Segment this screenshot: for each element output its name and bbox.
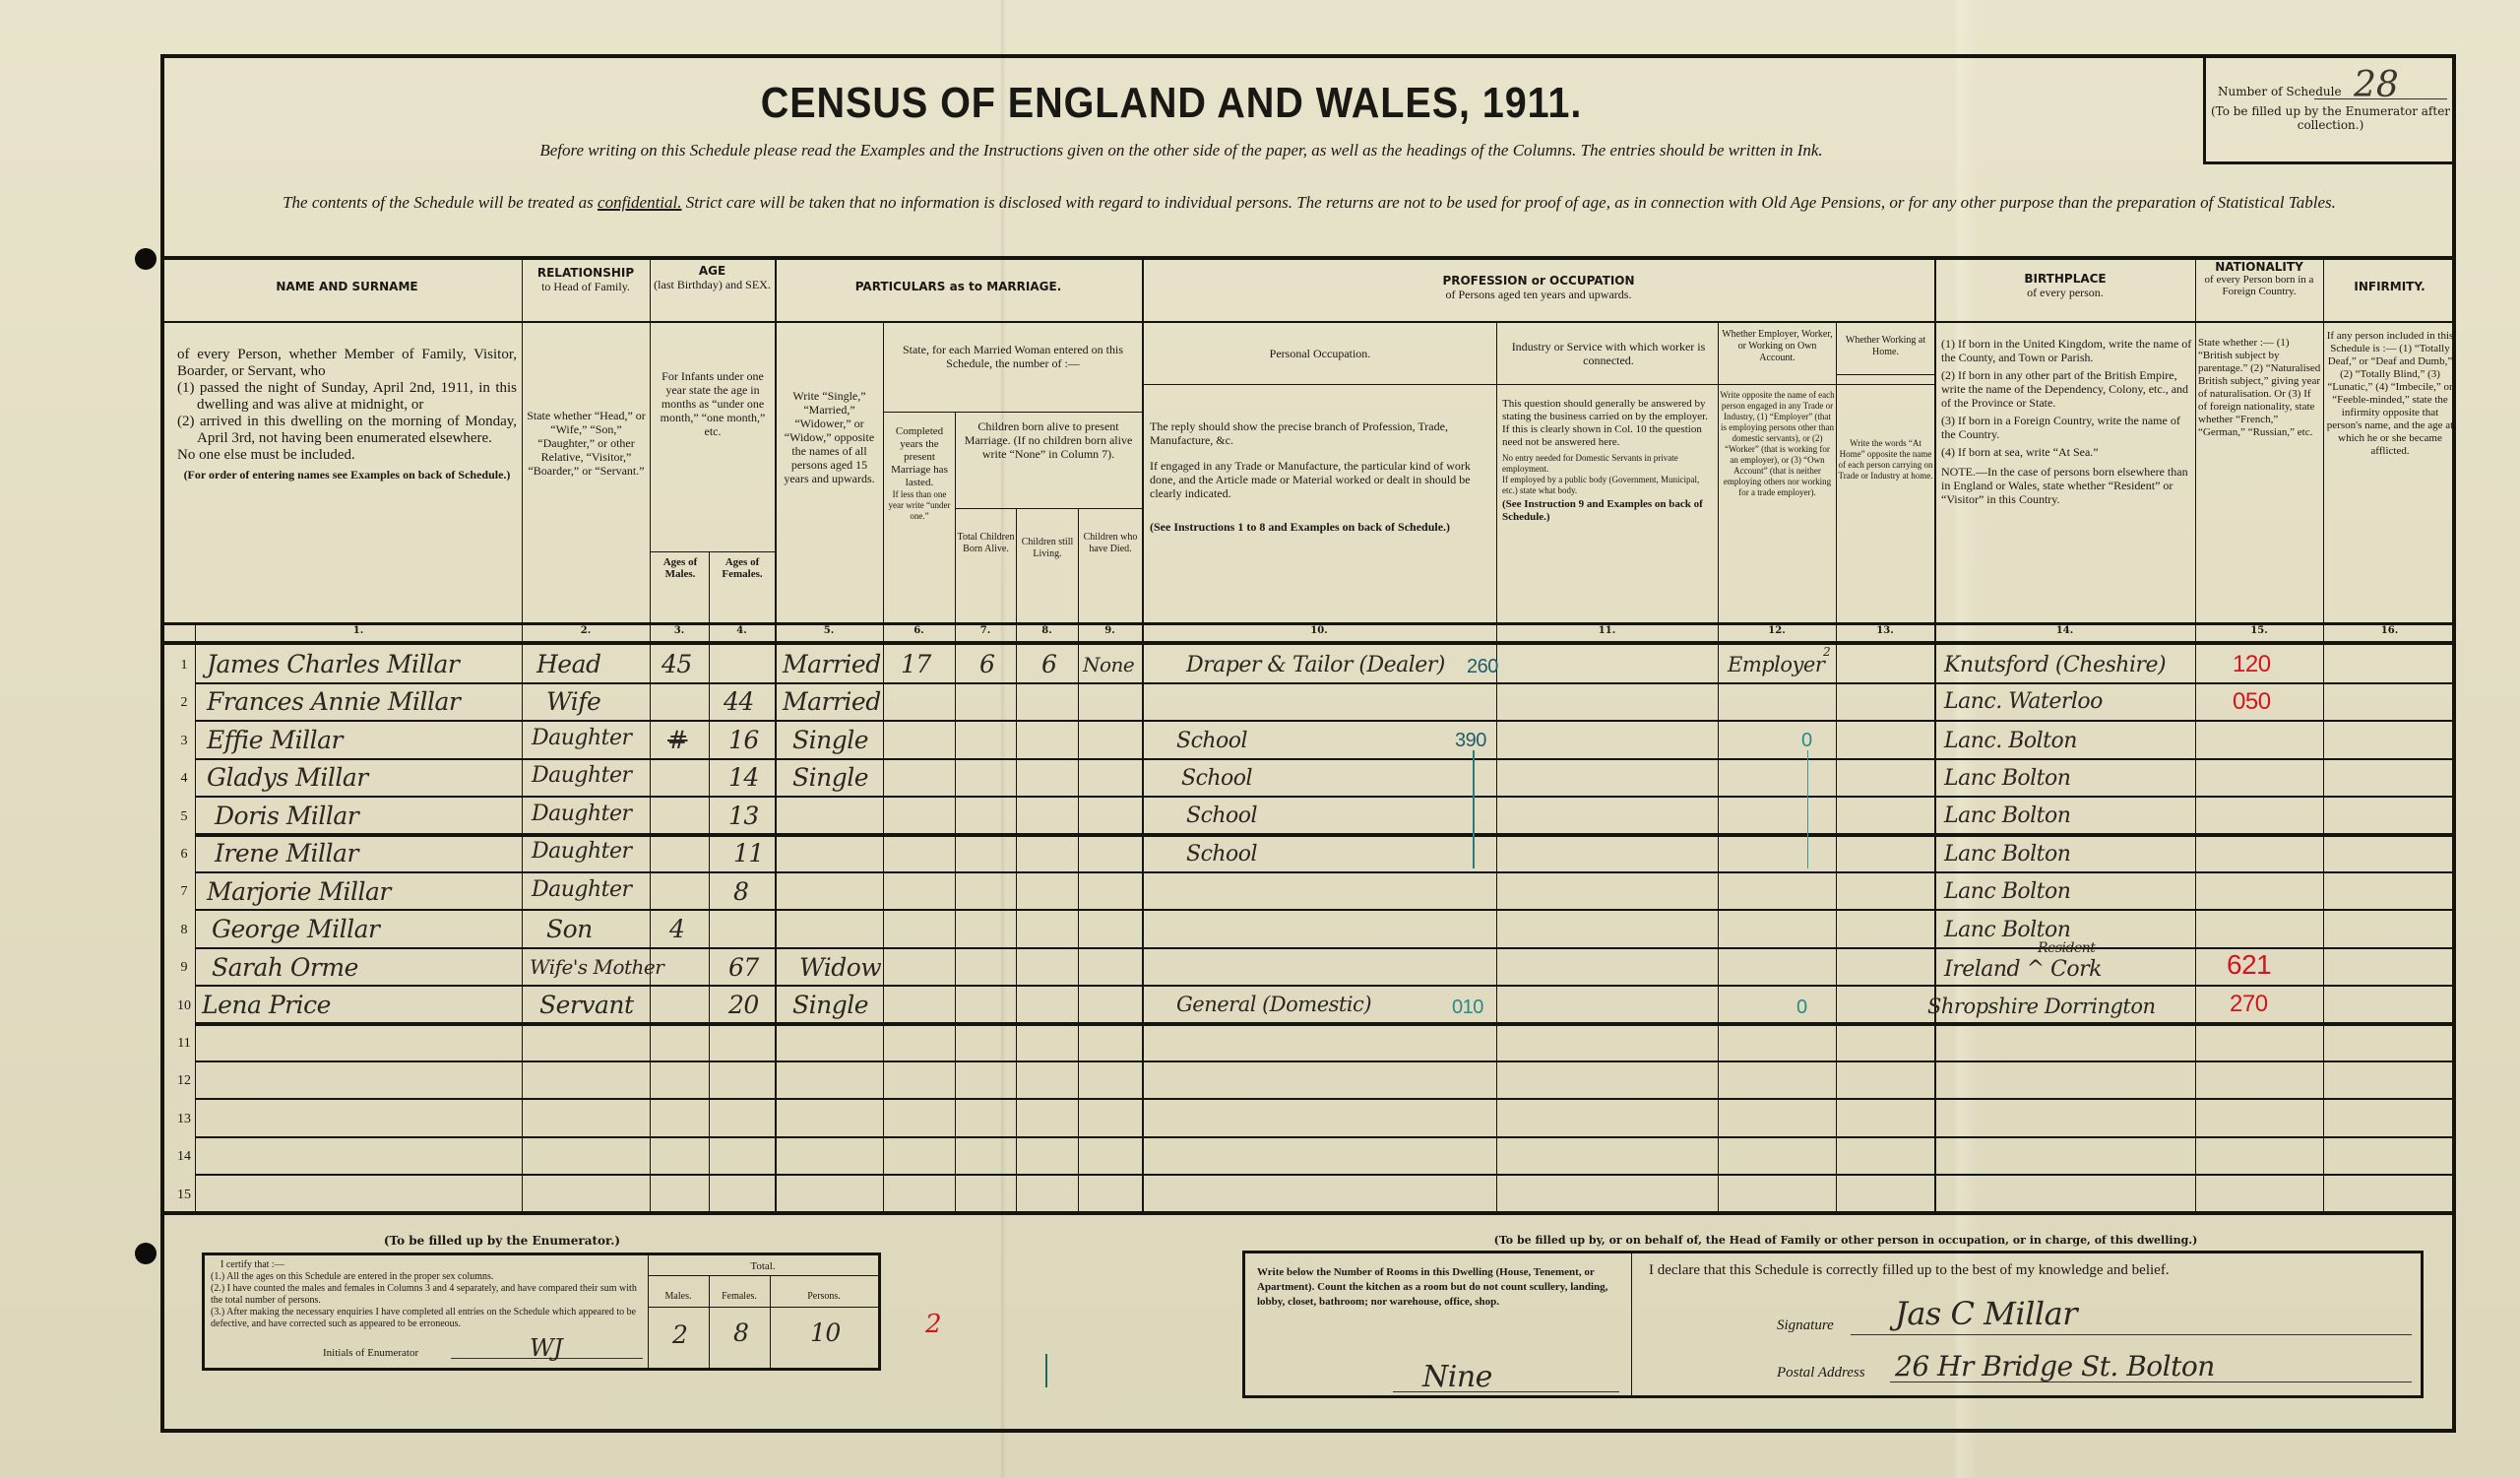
col-divider	[1496, 323, 1497, 1213]
row-number: 10	[175, 998, 193, 1014]
col2-title: RELATIONSHIPto Head of Family.	[522, 266, 650, 293]
punch-hole	[135, 1243, 157, 1264]
persons-label: Persons.	[770, 1289, 878, 1304]
age-male-crossed-cell[interactable]: #	[667, 726, 687, 754]
row-number: 8	[175, 923, 193, 938]
name-cell[interactable]: George Millar	[212, 915, 379, 943]
initials-value[interactable]: WJ	[530, 1334, 562, 1362]
col4-sub: Ages of Females.	[710, 556, 775, 580]
col-number: 12.	[1718, 625, 1836, 643]
relationship-cell[interactable]: Servant	[539, 991, 634, 1019]
confidential-prefix: The contents of the Schedule will be tre…	[283, 193, 598, 212]
age-female-cell[interactable]: 13	[728, 802, 759, 830]
col1-desc-4: (For order of entering names see Example…	[177, 468, 517, 482]
nationality-code: 270	[2230, 991, 2268, 1018]
col11-sub: Industry or Service with which worker is…	[1501, 340, 1716, 367]
page-title: CENSUS OF ENGLAND AND WALES, 1911.	[613, 79, 1730, 128]
occupation-cell[interactable]: School	[1176, 729, 1247, 753]
col3-description: For Infants under one year state the age…	[652, 369, 774, 438]
col2-description: State whether “Head,” or “Wife,” “Son,” …	[525, 409, 648, 478]
row-rule	[195, 682, 2456, 684]
col-number: 1.	[195, 625, 522, 643]
occupation-cell[interactable]: Draper & Tailor (Dealer)	[1186, 653, 1445, 677]
occupation-cell[interactable]: School	[1186, 842, 1257, 867]
enumerator-certify: I certify that :— (1.) All the ages on t…	[211, 1259, 644, 1330]
employer-code: 0	[1801, 730, 1812, 752]
relationship-cell[interactable]: Daughter	[532, 802, 632, 826]
ditto-line	[1473, 750, 1475, 868]
col10-title: PROFESSION or OCCUPATIONof Persons aged …	[1142, 274, 1935, 301]
row-rule	[195, 871, 2456, 873]
age-female-cell[interactable]: 11	[733, 839, 764, 868]
col14-desc-1: (1) If born in the United Kingdom, write…	[1941, 337, 2192, 364]
name-cell[interactable]: Lena Price	[202, 991, 331, 1019]
col7-description: Total Children Born Alive.	[956, 532, 1016, 555]
children-living-cell[interactable]: 6	[1041, 650, 1056, 678]
col-number: 13.	[1836, 625, 1934, 643]
col-divider	[1836, 323, 1837, 1213]
row-rule	[195, 985, 2456, 987]
nationality-code: 621	[2227, 949, 2271, 981]
birthplace-cell[interactable]: Ireland ^ Cork	[1944, 957, 2102, 982]
employer-status-cell[interactable]: Employer	[1728, 653, 1824, 676]
row-number: 5	[175, 809, 193, 825]
header-rule	[160, 321, 2456, 323]
col5-description: Write “Single,” “Married,” “Widower,” or…	[778, 389, 881, 485]
col15-description: State whether :— (1) “British subject by…	[2198, 337, 2321, 439]
col-number: 5.	[775, 625, 883, 643]
col12-description: Write opposite the name of each person e…	[1720, 390, 1835, 498]
occupation-cell[interactable]: School	[1186, 803, 1257, 828]
relationship-cell[interactable]: Son	[546, 915, 593, 943]
col-number: 10.	[1142, 625, 1496, 643]
rooms-value[interactable]: Nine	[1422, 1360, 1492, 1394]
birthplace-cell[interactable]: Lanc. Waterloo	[1944, 689, 2103, 714]
birthplace-cell[interactable]: Shropshire Dorrington	[1927, 995, 2156, 1018]
col10-description: The reply should show the precise branch…	[1150, 419, 1492, 534]
row-number: 13	[175, 1112, 193, 1127]
relationship-cell[interactable]: Head	[536, 650, 601, 678]
red-annotation: 2	[925, 1310, 941, 1339]
row-rule	[195, 758, 2456, 760]
col-divider	[775, 258, 777, 1213]
age-female-cell[interactable]: 20	[728, 991, 759, 1019]
name-cell[interactable]: Doris Millar	[215, 802, 358, 830]
col8-description: Children still Living.	[1017, 537, 1078, 560]
employer-code: 0	[1796, 996, 1807, 1019]
birthplace-cell[interactable]: Lanc Bolton	[1944, 842, 2070, 867]
census-schedule-page: CENSUS OF ENGLAND AND WALES, 1911. Befor…	[0, 0, 2520, 1478]
col16-description: If any person included in this Schedule …	[2326, 330, 2454, 458]
name-cell[interactable]: Marjorie Millar	[207, 877, 391, 906]
col6-desc-2: If less than one year write “under one.”	[884, 489, 955, 522]
col-number: 9.	[1078, 625, 1142, 643]
nationality-code: 050	[2233, 688, 2271, 716]
row-number: 11	[175, 1036, 193, 1052]
col-number: 8.	[1016, 625, 1078, 643]
certify-item-2: (2.) I have counted the males and female…	[211, 1283, 644, 1307]
col1-desc-2: (2) arrived in this dwelling on the morn…	[177, 414, 517, 447]
col-divider	[1934, 258, 1936, 1213]
males-label: Males.	[648, 1289, 709, 1304]
occupation-code: 260	[1467, 656, 1498, 678]
col-divider	[650, 258, 651, 1213]
col14-description: (1) If born in the United Kingdom, write…	[1941, 337, 2192, 506]
col-divider	[1016, 508, 1017, 1213]
row-number: 12	[175, 1073, 193, 1089]
col15-title: NATIONALITYof every Person born in a For…	[2195, 261, 2323, 297]
occupation-code: 010	[1452, 996, 1483, 1019]
enumerator-box: I certify that :— (1.) All the ages on t…	[202, 1253, 881, 1371]
confidentiality-notice: The contents of the Schedule will be tre…	[172, 190, 2446, 216]
col6-description: Completed years the present Marriage has…	[884, 425, 955, 522]
col14-desc-3: (3) If born in a Foreign Country, write …	[1941, 414, 2192, 441]
col11-desc-1: This question should generally be answer…	[1502, 398, 1716, 449]
relationship-cell[interactable]: Daughter	[532, 763, 632, 788]
row-rule	[195, 1098, 2456, 1100]
col11-desc-2: No entry needed for Domestic Servants in…	[1502, 453, 1716, 475]
col11-desc-3: If employed by a public body (Government…	[1502, 475, 1716, 496]
schedule-number-note: (To be filled up by the Enumerator after…	[2210, 104, 2451, 132]
name-cell[interactable]: James Charles Millar	[207, 650, 459, 678]
col-divider	[2323, 258, 2324, 1213]
rownum-divider	[195, 625, 196, 1213]
birthplace-cell[interactable]: Knutsford (Cheshire)	[1944, 653, 2166, 677]
row-rule	[195, 796, 2456, 798]
col-number: 16.	[2323, 625, 2456, 643]
occupation-cell[interactable]: General (Domestic)	[1176, 993, 1371, 1016]
row-rule	[195, 909, 2456, 911]
years-married-cell[interactable]: 17	[901, 650, 931, 678]
nationality-code: 120	[2233, 651, 2271, 678]
col-number: 4.	[709, 625, 775, 643]
col10-desc-3: (See Instructions 1 to 8 and Examples on…	[1150, 520, 1492, 534]
row-rule	[195, 720, 2456, 722]
signature-line	[1851, 1334, 2412, 1335]
total-label: Total.	[648, 1259, 878, 1274]
punch-hole	[135, 248, 157, 270]
name-cell[interactable]: Effie Millar	[207, 726, 343, 754]
name-cell[interactable]: Gladys Millar	[207, 763, 368, 792]
birthplace-cell[interactable]: Lanc. Bolton	[1944, 729, 2077, 753]
certify-label: I certify that :—	[211, 1259, 644, 1271]
col-divider	[709, 551, 710, 1213]
col-number: 14.	[1934, 625, 2195, 643]
col13-sub: Whether Working at Home.	[1838, 335, 1933, 358]
age-male-cell[interactable]: 45	[661, 650, 692, 678]
householder-divider	[1631, 1253, 1632, 1395]
row-rule-thick	[195, 833, 2456, 837]
col10-sub: Personal Occupation.	[1147, 347, 1493, 361]
col5-title: PARTICULARS as to MARRIAGE.	[775, 280, 1142, 293]
col1-desc-3: No one else must be included.	[177, 447, 517, 464]
marriage-cell[interactable]: Married	[783, 650, 881, 678]
table-bottom-rule	[160, 1211, 2456, 1215]
married-woman-rule	[883, 412, 1142, 413]
col11-description: This question should generally be answer…	[1502, 398, 1716, 524]
totals-col-divider	[709, 1275, 710, 1368]
marriage-cell[interactable]: Widow	[799, 953, 881, 982]
confidential-rest: Strict care will be taken that no inform…	[682, 193, 2336, 212]
birthplace-cell[interactable]: Lanc Bolton	[1944, 879, 2070, 904]
postal-address-label: Postal Address	[1777, 1366, 1865, 1381]
name-cell[interactable]: Sarah Orme	[212, 953, 358, 982]
col1-desc-intro: of every Person, whether Member of Famil…	[177, 347, 517, 380]
col10-desc-2: If engaged in any Trade or Manufacture, …	[1150, 459, 1492, 500]
age-female-cell[interactable]: 14	[728, 763, 759, 792]
col3-title: AGE(last Birthday) and SEX.	[650, 264, 775, 291]
relationship-cell[interactable]: Wife's Mother	[530, 955, 663, 979]
children-group: Children born alive to present Marriage.…	[957, 419, 1140, 461]
schedule-number-label: Number of Schedule	[2218, 85, 2342, 98]
marriage-cell[interactable]: Single	[792, 726, 868, 754]
marriage-cell[interactable]: Married	[783, 687, 881, 716]
signature-value[interactable]: Jas C Millar	[1895, 1295, 2077, 1332]
occupation-code: 390	[1455, 730, 1486, 752]
col12-sub: Whether Employer, Worker, or Working on …	[1720, 329, 1835, 364]
table-top-rule	[160, 256, 2456, 260]
totals-col-divider	[770, 1275, 771, 1368]
householder-heading: (To be filled up by, or on behalf of, th…	[1280, 1234, 2412, 1247]
row-rule	[195, 1060, 2456, 1062]
children-rule	[955, 508, 1142, 509]
birthplace-cell[interactable]: Lanc Bolton	[1944, 918, 2070, 942]
row-rule	[195, 947, 2456, 949]
ink-instruction: Before writing on this Schedule please r…	[167, 141, 2195, 161]
col13-description: Write the words “At Home” opposite the n…	[1838, 438, 1933, 482]
children-died-cell[interactable]: None	[1083, 653, 1134, 676]
row-rule-thick	[195, 1022, 2456, 1026]
age-female-cell[interactable]: 16	[728, 726, 759, 754]
certify-item-1: (1.) All the ages on this Schedule are e…	[211, 1271, 644, 1283]
married-woman-group: State, for each Married Woman entered on…	[886, 343, 1140, 370]
col-number: 2.	[522, 625, 650, 643]
col1-title: NAME AND SURNAME	[172, 280, 522, 293]
col14-title: BIRTHPLACEof every person.	[1935, 272, 2195, 299]
row-rule	[195, 1136, 2456, 1138]
col9-description: Children who have Died.	[1079, 532, 1142, 555]
col16-title: INFIRMITY.	[2323, 280, 2456, 293]
total-persons[interactable]: 10	[810, 1318, 841, 1347]
relationship-cell[interactable]: Daughter	[532, 877, 632, 902]
confidential-word: confidential.	[598, 193, 681, 212]
col6-desc-1: Completed years the present Marriage has…	[884, 425, 955, 489]
name-cell[interactable]: Frances Annie Millar	[207, 687, 460, 716]
age-female-cell[interactable]: 44	[724, 687, 754, 716]
row-number: 9	[175, 960, 193, 976]
teal-tick-mark	[1045, 1354, 1047, 1387]
col-number: 15.	[2195, 625, 2323, 643]
row-number: 7	[175, 884, 193, 900]
total-females[interactable]: 8	[733, 1318, 748, 1347]
relationship-cell[interactable]: Daughter	[532, 839, 632, 864]
certify-item-3: (3.) After making the necessary enquirie…	[211, 1307, 644, 1330]
row-rule	[195, 1174, 2456, 1176]
occupation-cell[interactable]: School	[1181, 766, 1252, 791]
age-male-cell[interactable]: 4	[669, 915, 684, 943]
col14-desc-4: (4) If born at sea, write “At Sea.”	[1941, 445, 2192, 459]
initials-label: Initials of Enumerator	[323, 1346, 418, 1361]
females-label: Females.	[709, 1289, 770, 1304]
postal-address-value[interactable]: 26 Hr Bridge St. Bolton	[1895, 1350, 2215, 1382]
age-female-cell[interactable]: 67	[728, 953, 759, 982]
schedule-number-value[interactable]: 28	[2354, 65, 2399, 105]
relationship-cell[interactable]: Wife	[546, 687, 600, 716]
total-rule-2	[648, 1307, 878, 1308]
declaration: I declare that this Schedule is correctl…	[1649, 1263, 2417, 1278]
row-number: 1	[175, 658, 193, 674]
enumerator-heading: (To be filled up by the Enumerator.)	[325, 1234, 679, 1248]
row-number: 3	[175, 734, 193, 749]
col-divider	[1078, 508, 1079, 1213]
row-number: 6	[175, 847, 193, 863]
col-divider	[1142, 258, 1144, 1213]
row-number: 14	[175, 1149, 193, 1165]
col-divider	[522, 258, 523, 1213]
row-number: 15	[175, 1188, 193, 1203]
children-born-cell[interactable]: 6	[979, 650, 994, 678]
householder-box: Write below the Number of Rooms in this …	[1242, 1251, 2424, 1398]
relationship-cell[interactable]: Daughter	[532, 726, 632, 750]
age-female-cell[interactable]: 8	[733, 877, 748, 906]
col11-desc-4: (See Instruction 9 and Examples on back …	[1502, 498, 1716, 524]
row-number: 4	[175, 771, 193, 787]
signature-label: Signature	[1777, 1318, 1834, 1333]
marriage-cell[interactable]: Single	[792, 991, 868, 1019]
col3-sub: Ages of Males.	[652, 556, 709, 580]
row-number: 2	[175, 695, 193, 711]
col-divider	[1718, 323, 1719, 1213]
col1-description: of every Person, whether Member of Famil…	[177, 347, 517, 482]
home-sub-rule	[1836, 374, 1934, 375]
col14-desc-5: NOTE.—In the case of persons born elsewh…	[1941, 465, 2192, 506]
schedule-frame	[160, 54, 2456, 1433]
birthplace-note: Resident	[2038, 940, 2095, 956]
col-number: 6.	[883, 625, 955, 643]
name-cell[interactable]: Irene Millar	[215, 839, 358, 868]
col-number: 7.	[955, 625, 1016, 643]
employer-code: 2	[1823, 645, 1830, 659]
rooms-instruction: Write below the Number of Rooms in this …	[1257, 1265, 1631, 1310]
birthplace-cell[interactable]: Lanc Bolton	[1944, 803, 2070, 828]
col-number: 3.	[650, 625, 709, 643]
col-divider	[2195, 258, 2196, 1213]
occupation-sub-rule	[1142, 384, 1935, 385]
col-number: 11.	[1496, 625, 1718, 643]
col1-desc-1: (1) passed the night of Sunday, April 2n…	[177, 380, 517, 414]
marriage-cell[interactable]: Single	[792, 763, 868, 792]
age-sub-rule	[650, 551, 775, 552]
birthplace-cell[interactable]: Lanc Bolton	[1944, 766, 2070, 791]
total-rule	[648, 1275, 878, 1276]
ditto-line	[1807, 750, 1808, 868]
schedule-number-box: Number of Schedule 28 (To be filled up b…	[2203, 54, 2456, 164]
col10-desc-1: The reply should show the precise branch…	[1150, 419, 1492, 447]
col14-desc-2: (2) If born in any other part of the Bri…	[1941, 368, 2192, 410]
total-males[interactable]: 2	[672, 1320, 687, 1349]
